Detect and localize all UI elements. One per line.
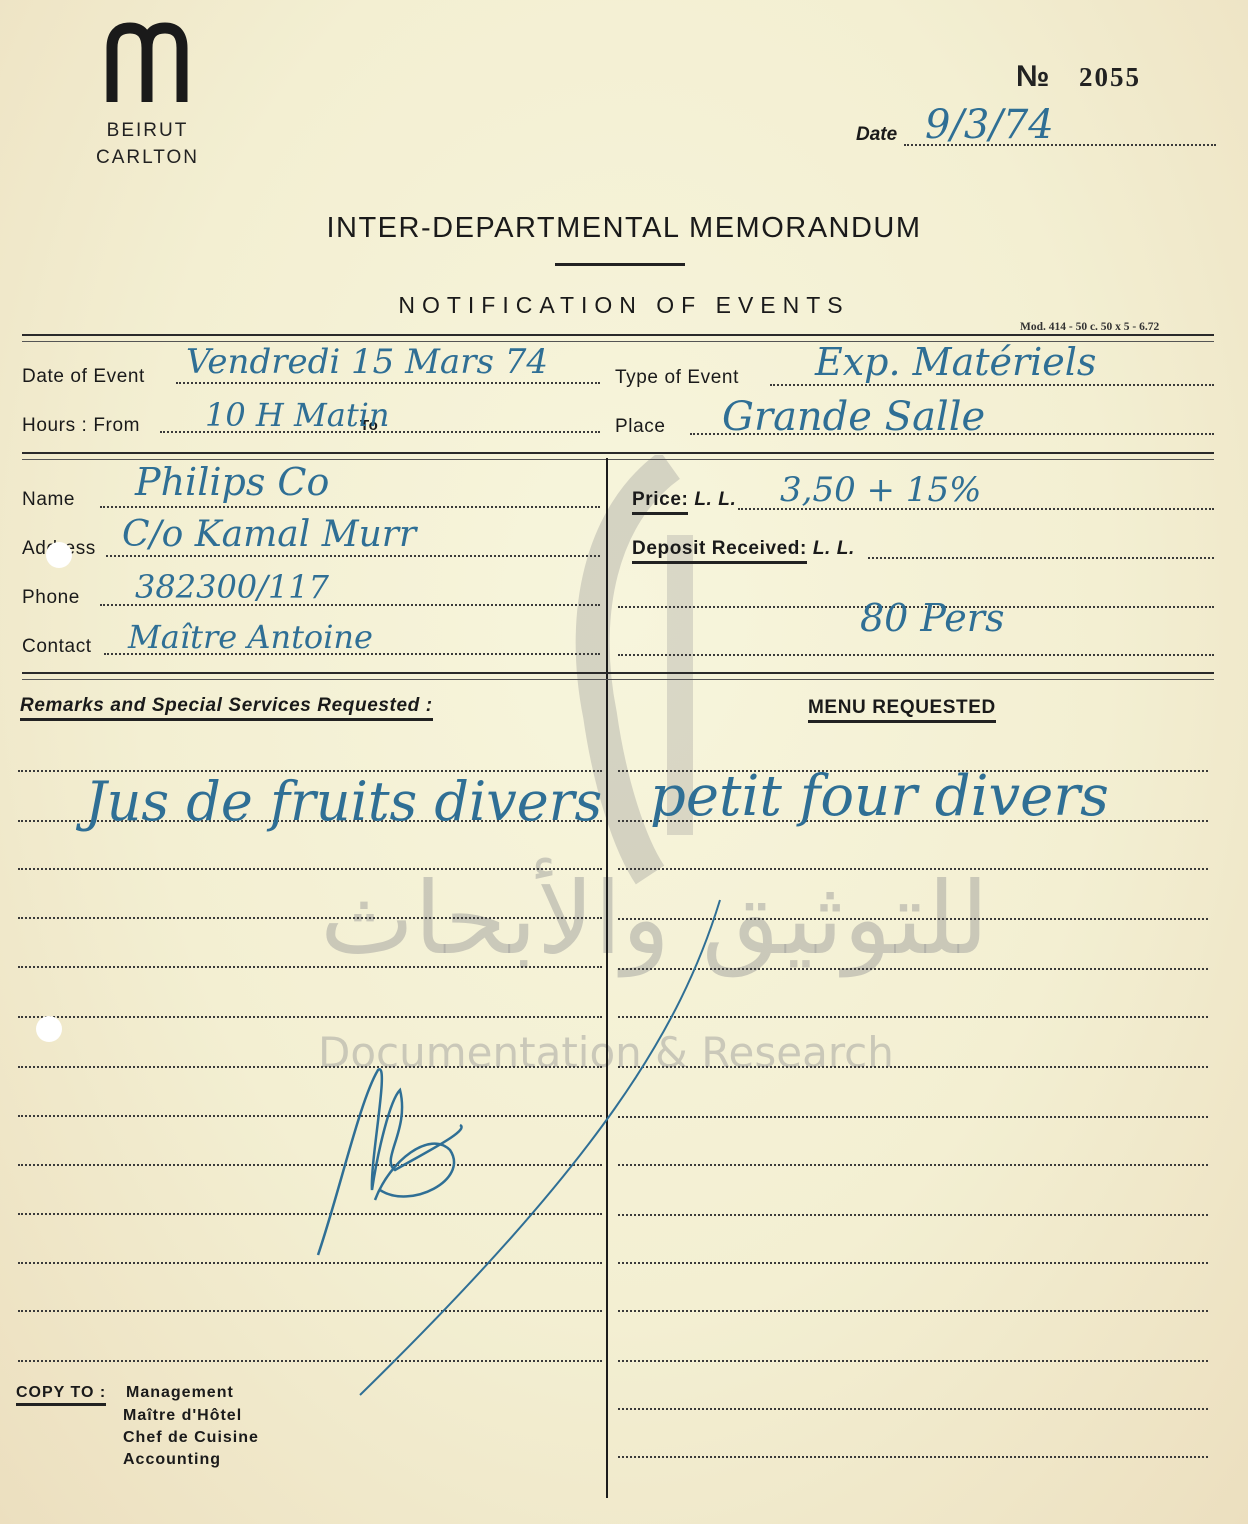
punch-hole: [36, 1016, 62, 1042]
deposit-label: Deposit Received:: [632, 538, 807, 564]
remarks-heading: Remarks and Special Services Requested :: [20, 695, 433, 721]
hotel-logo-icon: [106, 22, 188, 104]
type-of-event-label: Type of Event: [615, 367, 739, 389]
double-rule-lower: [22, 672, 1214, 680]
remarks-value[interactable]: Jus de fruits divers: [85, 770, 602, 833]
price-label-group: Price: L. L.: [632, 489, 736, 511]
punch-hole: [46, 542, 72, 568]
date-value[interactable]: 9/3/74: [925, 102, 1054, 148]
remarks-line: [18, 868, 602, 870]
copy-to-text: COPY TO :: [16, 1384, 106, 1406]
name-line: [100, 506, 600, 508]
type-of-event-value[interactable]: Exp. Matériels: [815, 340, 1096, 384]
number-value: 2055: [1079, 62, 1141, 92]
pricing-line-4: [618, 654, 1214, 656]
cancel-stroke-icon: [350, 880, 750, 1400]
name-label: Name: [22, 489, 75, 511]
copy-recipient: Management: [126, 1384, 234, 1402]
memo-number: № 2055: [1016, 60, 1141, 94]
name-value[interactable]: Philips Co: [135, 460, 329, 504]
brand-line-2: CARLTON: [60, 147, 235, 169]
price-value[interactable]: 3,50 + 15%: [780, 470, 981, 510]
contact-value[interactable]: Maître Antoine: [128, 618, 373, 656]
copy-recipient: Accounting: [123, 1451, 221, 1469]
copy-recipient: Maître d'Hôtel: [123, 1407, 242, 1425]
date-of-event-label: Date of Event: [22, 366, 145, 388]
date-of-event-value[interactable]: Vendredi 15 Mars 74: [186, 342, 548, 382]
title-rule: [555, 263, 685, 266]
guest-count-value[interactable]: 80 Pers: [860, 596, 1004, 640]
double-rule-middle: [22, 452, 1214, 460]
deposit-currency: L. L.: [813, 538, 855, 559]
menu-heading: MENU REQUESTED: [808, 697, 996, 723]
menu-line: [618, 1408, 1208, 1410]
price-label: Price:: [632, 489, 688, 515]
copy-recipient: Chef de Cuisine: [123, 1429, 259, 1447]
address-value[interactable]: C/o Kamal Murr: [122, 514, 416, 555]
address-line: [106, 555, 600, 557]
page-subtitle: NOTIFICATION OF EVENTS: [0, 292, 1248, 319]
number-label: №: [1016, 60, 1050, 93]
menu-value[interactable]: petit four divers: [650, 764, 1109, 829]
remarks-heading-wrap: Remarks and Special Services Requested :: [20, 695, 433, 717]
price-currency: L. L.: [694, 489, 736, 510]
date-of-event-line: [176, 382, 600, 384]
date-label: Date: [856, 124, 897, 146]
brand-line-1: BEIRUT: [60, 120, 235, 142]
phone-label: Phone: [22, 587, 80, 609]
deposit-label-group: Deposit Received: L. L.: [632, 538, 855, 560]
page-title: INTER-DEPARTMENTAL MEMORANDUM: [0, 212, 1248, 245]
place-value[interactable]: Grande Salle: [722, 394, 985, 440]
phone-value[interactable]: 382300/117: [135, 568, 329, 606]
hours-label: Hours : From: [22, 415, 140, 437]
menu-line: [618, 868, 1208, 870]
menu-line: [618, 1456, 1208, 1458]
hours-value[interactable]: 10 H Matin: [205, 396, 390, 434]
place-label: Place: [615, 416, 666, 438]
deposit-line: [868, 557, 1214, 559]
type-of-event-line: [770, 384, 1214, 386]
form-code: Mod. 414 - 50 c. 50 x 5 - 6.72: [1020, 321, 1159, 333]
copy-to-label: COPY TO :: [16, 1384, 106, 1402]
contact-label: Contact: [22, 636, 92, 658]
menu-heading-wrap: MENU REQUESTED: [808, 697, 996, 719]
